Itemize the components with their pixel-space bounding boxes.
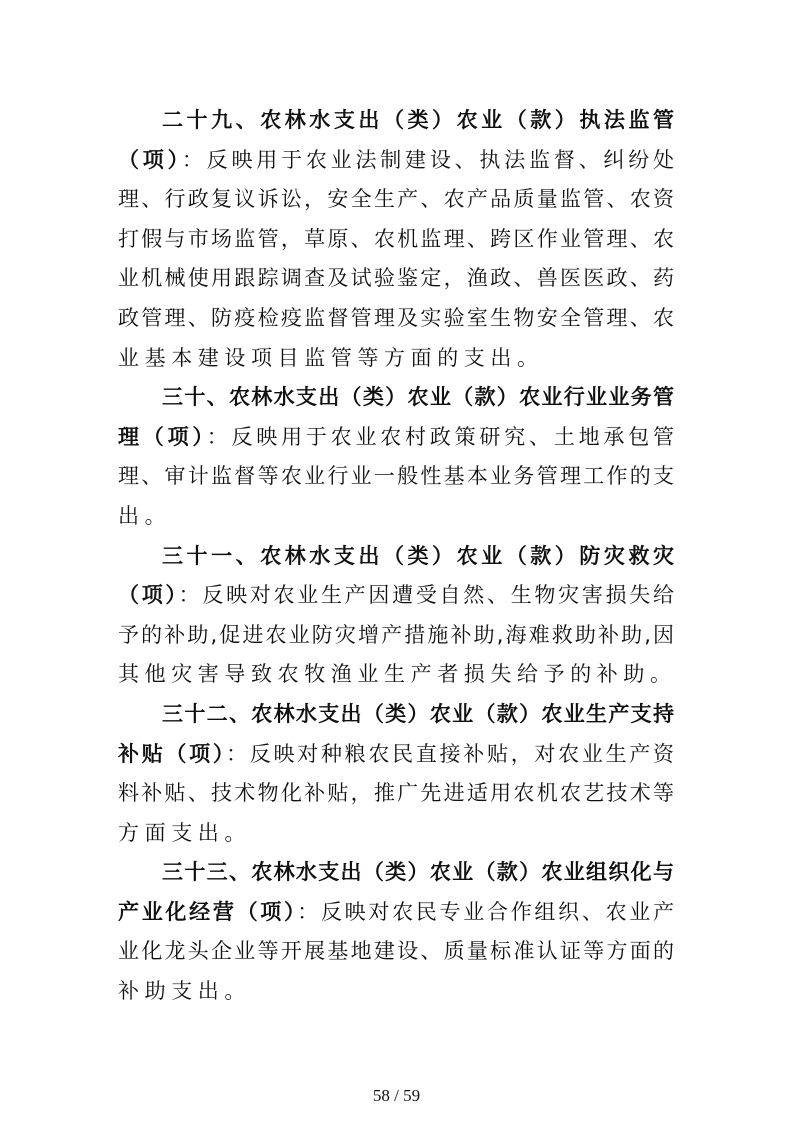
paragraph-line: （项）：反映用于农业法制建设、执法监督、纠纷处 (118, 141, 674, 181)
paragraph-line: 二十九、农林水支出（类）农业（款）执法监管 (118, 101, 674, 141)
body-text: ：反映对农业生产因遭受自然、生物灾害损失给 (179, 583, 674, 607)
paragraph-line: 出。 (118, 497, 674, 537)
heading-text: 产业化经营（项） (118, 900, 297, 924)
document-body: 二十九、农林水支出（类）农业（款）执法监管 （项）：反映用于农业法制建设、执法监… (118, 101, 674, 1012)
paragraph-line: 三十一、农林水支出（类）农业（款）防灾救灾 (118, 537, 674, 577)
document-page: 二十九、农林水支出（类）农业（款）执法监管 （项）：反映用于农业法制建设、执法监… (0, 0, 793, 1122)
body-text: ：反映用于农业农村政策研究、土地承包管 (207, 425, 674, 449)
body-text: ：反映对种粮农民直接补贴，对农业生产资 (226, 742, 674, 766)
body-text: ：反映用于农业法制建设、执法监督、纠纷处 (182, 148, 674, 172)
paragraph-item-32: 三十二、农林水支出（类）农业（款）农业生产支持 补贴（项）：反映对种粮农民直接补… (118, 695, 674, 853)
paragraph-line: 补助支出。 (118, 972, 674, 1012)
paragraph-line: 政管理、防疫检疫监督管理及实验室生物安全管理、农 (118, 299, 674, 339)
paragraph-line: 其他灾害导致农牧渔业生产者损失给予的补助。 (118, 655, 674, 695)
paragraph-line: 三十、农林水支出（类）农业（款）农业行业业务管 (118, 378, 674, 418)
paragraph-line: 业化龙头企业等开展基地建设、质量标准认证等方面的 (118, 932, 674, 972)
paragraph-line: 产业化经营（项）：反映对农民专业合作组织、农业产 (118, 893, 674, 933)
heading-text: 二十九、农林水支出（类）农业（款）执法监管 (162, 108, 674, 132)
paragraph-item-33: 三十三、农林水支出（类）农业（款）农业组织化与 产业化经营（项）：反映对农民专业… (118, 853, 674, 1011)
paragraph-item-30: 三十、农林水支出（类）农业（款）农业行业业务管 理（项）：反映用于农业农村政策研… (118, 378, 674, 536)
page-number: 58 / 59 (0, 1086, 793, 1106)
heading-text: 三十三、农林水支出（类）农业（款）农业组织化与 (162, 860, 674, 884)
body-text: ：反映对农民专业合作组织、农业产 (297, 900, 674, 924)
paragraph-item-29: 二十九、农林水支出（类）农业（款）执法监管 （项）：反映用于农业法制建设、执法监… (118, 101, 674, 378)
heading-text: 三十一、农林水支出（类）农业（款）防灾救灾 (162, 544, 674, 568)
paragraph-line: 三十二、农林水支出（类）农业（款）农业生产支持 (118, 695, 674, 735)
paragraph-line: 理、行政复议诉讼，安全生产、农产品质量监管、农资 (118, 180, 674, 220)
paragraph-line: 业机械使用跟踪调查及试验鉴定，渔政、兽医医政、药 (118, 259, 674, 299)
paragraph-line: 理、审计监督等农业行业一般性基本业务管理工作的支 (118, 457, 674, 497)
paragraph-item-31: 三十一、农林水支出（类）农业（款）防灾救灾 （项）：反映对农业生产因遭受自然、生… (118, 537, 674, 695)
heading-text: 理（项） (118, 425, 207, 449)
paragraph-line: 打假与市场监管，草原、农机监理、跨区作业管理、农 (118, 220, 674, 260)
paragraph-line: 三十三、农林水支出（类）农业（款）农业组织化与 (118, 853, 674, 893)
heading-text: （项） (118, 148, 182, 172)
heading-text: 三十、农林水支出（类）农业（款）农业行业业务管 (162, 385, 674, 409)
heading-text: 三十二、农林水支出（类）农业（款）农业生产支持 (162, 702, 674, 726)
heading-text: （项） (118, 583, 179, 607)
paragraph-line: 料补贴、技术物化补贴，推广先进适用农机农艺技术等 (118, 774, 674, 814)
paragraph-line: 业基本建设项目监管等方面的支出。 (118, 339, 674, 379)
paragraph-line: 方面支出。 (118, 814, 674, 854)
heading-text: 补贴（项） (118, 742, 226, 766)
paragraph-line: 补贴（项）：反映对种粮农民直接补贴，对农业生产资 (118, 735, 674, 775)
paragraph-line: 予的补助,促进农业防灾增产措施补助,海难救助补助,因 (118, 616, 674, 656)
paragraph-line: 理（项）：反映用于农业农村政策研究、土地承包管 (118, 418, 674, 458)
paragraph-line: （项）：反映对农业生产因遭受自然、生物灾害损失给 (118, 576, 674, 616)
